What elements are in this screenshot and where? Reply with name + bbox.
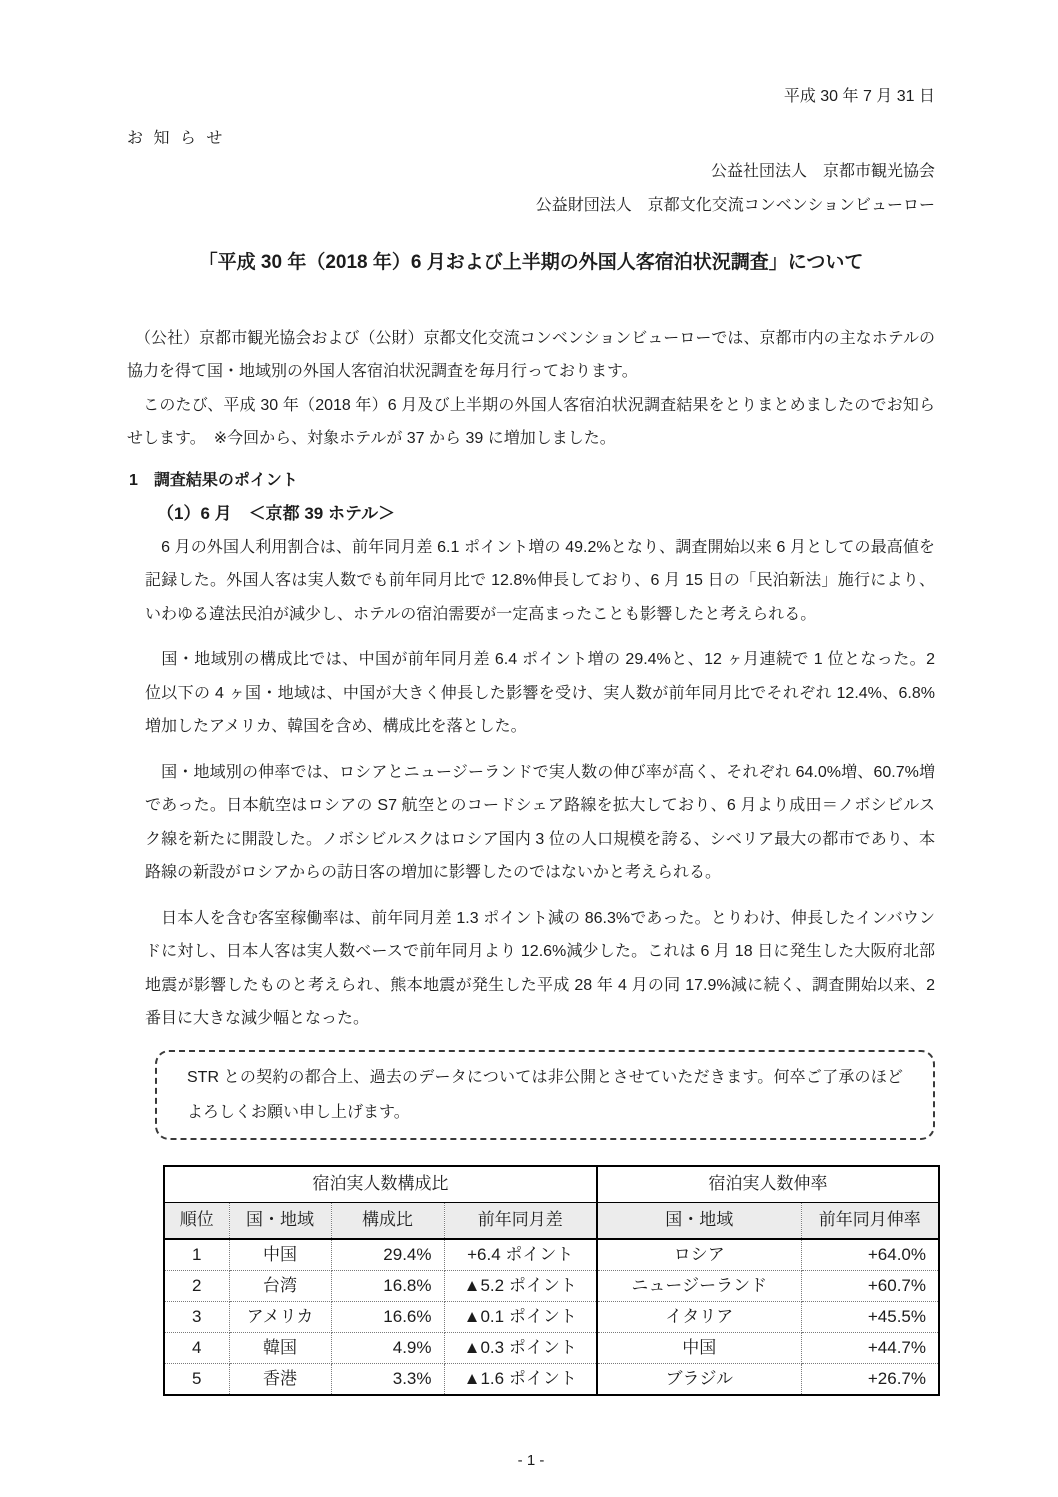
cell-country-left: アメリカ (229, 1301, 331, 1332)
cell-yoy-rate: +45.5% (801, 1301, 939, 1332)
notice-label: お 知 ら せ (127, 122, 935, 156)
cell-ratio: 4.9% (331, 1332, 444, 1363)
intro-paragraph-2: このたび、平成 30 年（2018 年）6 月及び上半期の外国人客宿泊状況調査結… (127, 389, 935, 456)
cell-country-left: 香港 (229, 1363, 331, 1395)
cell-rank: 5 (164, 1363, 229, 1395)
cell-yoy-rate: +60.7% (801, 1270, 939, 1301)
table-row: 3 アメリカ 16.6% ▲0.1 ポイント イタリア +45.5% (164, 1301, 939, 1332)
col-header-country-left: 国・地域 (229, 1202, 331, 1239)
cell-country-right: 中国 (597, 1332, 801, 1363)
cell-rank: 3 (164, 1301, 229, 1332)
cell-yoy-rate: +44.7% (801, 1332, 939, 1363)
stats-table: 宿泊実人数構成比 宿泊実人数伸率 順位 国・地域 構成比 前年同月差 国・地域 … (163, 1165, 940, 1396)
cell-yoy-diff: ▲5.2 ポイント (444, 1270, 597, 1301)
paragraph-growth-rate: 国・地域別の伸率では、ロシアとニュージーランドで実人数の伸び率が高く、それぞれ … (145, 756, 935, 890)
page-number: - 1 - (127, 1444, 935, 1478)
cell-country-left: 中国 (229, 1239, 331, 1271)
intro-block: （公社）京都市観光協会および（公財）京都文化交流コンベンションビューローでは、京… (127, 322, 935, 456)
section-heading: 1 調査結果のポイント (129, 464, 935, 498)
cell-rank: 2 (164, 1270, 229, 1301)
table-row: 2 台湾 16.8% ▲5.2 ポイント ニュージーランド +60.7% (164, 1270, 939, 1301)
table-column-header-row: 順位 国・地域 構成比 前年同月差 国・地域 前年同月伸率 (164, 1202, 939, 1239)
cell-ratio: 16.8% (331, 1270, 444, 1301)
intro-paragraph-1: （公社）京都市観光協会および（公財）京都文化交流コンベンションビューローでは、京… (127, 322, 935, 389)
str-notice-box: STR との契約の都合上、過去のデータについては非公開とさせていただきます。何卒… (155, 1050, 935, 1140)
cell-yoy-diff: ▲0.3 ポイント (444, 1332, 597, 1363)
cell-ratio: 3.3% (331, 1363, 444, 1395)
cell-yoy-diff: +6.4 ポイント (444, 1239, 597, 1271)
subsection-heading: （1）6 月 ＜京都 39 ホテル＞ (157, 497, 935, 531)
cell-yoy-rate: +64.0% (801, 1239, 939, 1271)
cell-yoy-diff: ▲0.1 ポイント (444, 1301, 597, 1332)
cell-country-right: イタリア (597, 1301, 801, 1332)
cell-country-left: 台湾 (229, 1270, 331, 1301)
table-row: 4 韓国 4.9% ▲0.3 ポイント 中国 +44.7% (164, 1332, 939, 1363)
organization-line-1: 公益社団法人 京都市観光協会 (127, 155, 935, 189)
organization-block: 公益社団法人 京都市観光協会 公益財団法人 京都文化交流コンベンションビューロー (127, 155, 935, 222)
document-page: 平成 30 年 7 月 31 日 お 知 ら せ 公益社団法人 京都市観光協会 … (0, 0, 1058, 1497)
col-header-country-right: 国・地域 (597, 1202, 801, 1239)
cell-rank: 4 (164, 1332, 229, 1363)
str-notice-text: STR との契約の都合上、過去のデータについては非公開とさせていただきます。何卒… (187, 1060, 903, 1130)
paragraph-june-overview: 6 月の外国人利用割合は、前年同月差 6.1 ポイント増の 49.2%となり、調… (145, 531, 935, 632)
col-header-rank: 順位 (164, 1202, 229, 1239)
group-header-growth: 宿泊実人数伸率 (597, 1166, 939, 1203)
cell-ratio: 16.6% (331, 1301, 444, 1332)
table-row: 1 中国 29.4% +6.4 ポイント ロシア +64.0% (164, 1239, 939, 1271)
col-header-yoy-rate: 前年同月伸率 (801, 1202, 939, 1239)
col-header-ratio: 構成比 (331, 1202, 444, 1239)
cell-country-left: 韓国 (229, 1332, 331, 1363)
cell-ratio: 29.4% (331, 1239, 444, 1271)
cell-country-right: ブラジル (597, 1363, 801, 1395)
cell-rank: 1 (164, 1239, 229, 1271)
page-title: 「平成 30 年（2018 年）6 月および上半期の外国人客宿泊状況調査」につい… (127, 246, 935, 280)
col-header-yoy-diff: 前年同月差 (444, 1202, 597, 1239)
cell-yoy-rate: +26.7% (801, 1363, 939, 1395)
group-header-composition: 宿泊実人数構成比 (164, 1166, 597, 1203)
organization-line-2: 公益財団法人 京都文化交流コンベンションビューロー (127, 189, 935, 223)
document-date: 平成 30 年 7 月 31 日 (127, 80, 935, 114)
paragraph-occupancy: 日本人を含む客室稼働率は、前年同月差 1.3 ポイント減の 86.3%であった。… (145, 902, 935, 1036)
cell-yoy-diff: ▲1.6 ポイント (444, 1363, 597, 1395)
cell-country-right: ロシア (597, 1239, 801, 1271)
paragraph-composition-ratio: 国・地域別の構成比では、中国が前年同月差 6.4 ポイント増の 29.4%と、1… (145, 643, 935, 744)
table-group-header-row: 宿泊実人数構成比 宿泊実人数伸率 (164, 1166, 939, 1203)
cell-country-right: ニュージーランド (597, 1270, 801, 1301)
table-row: 5 香港 3.3% ▲1.6 ポイント ブラジル +26.7% (164, 1363, 939, 1395)
